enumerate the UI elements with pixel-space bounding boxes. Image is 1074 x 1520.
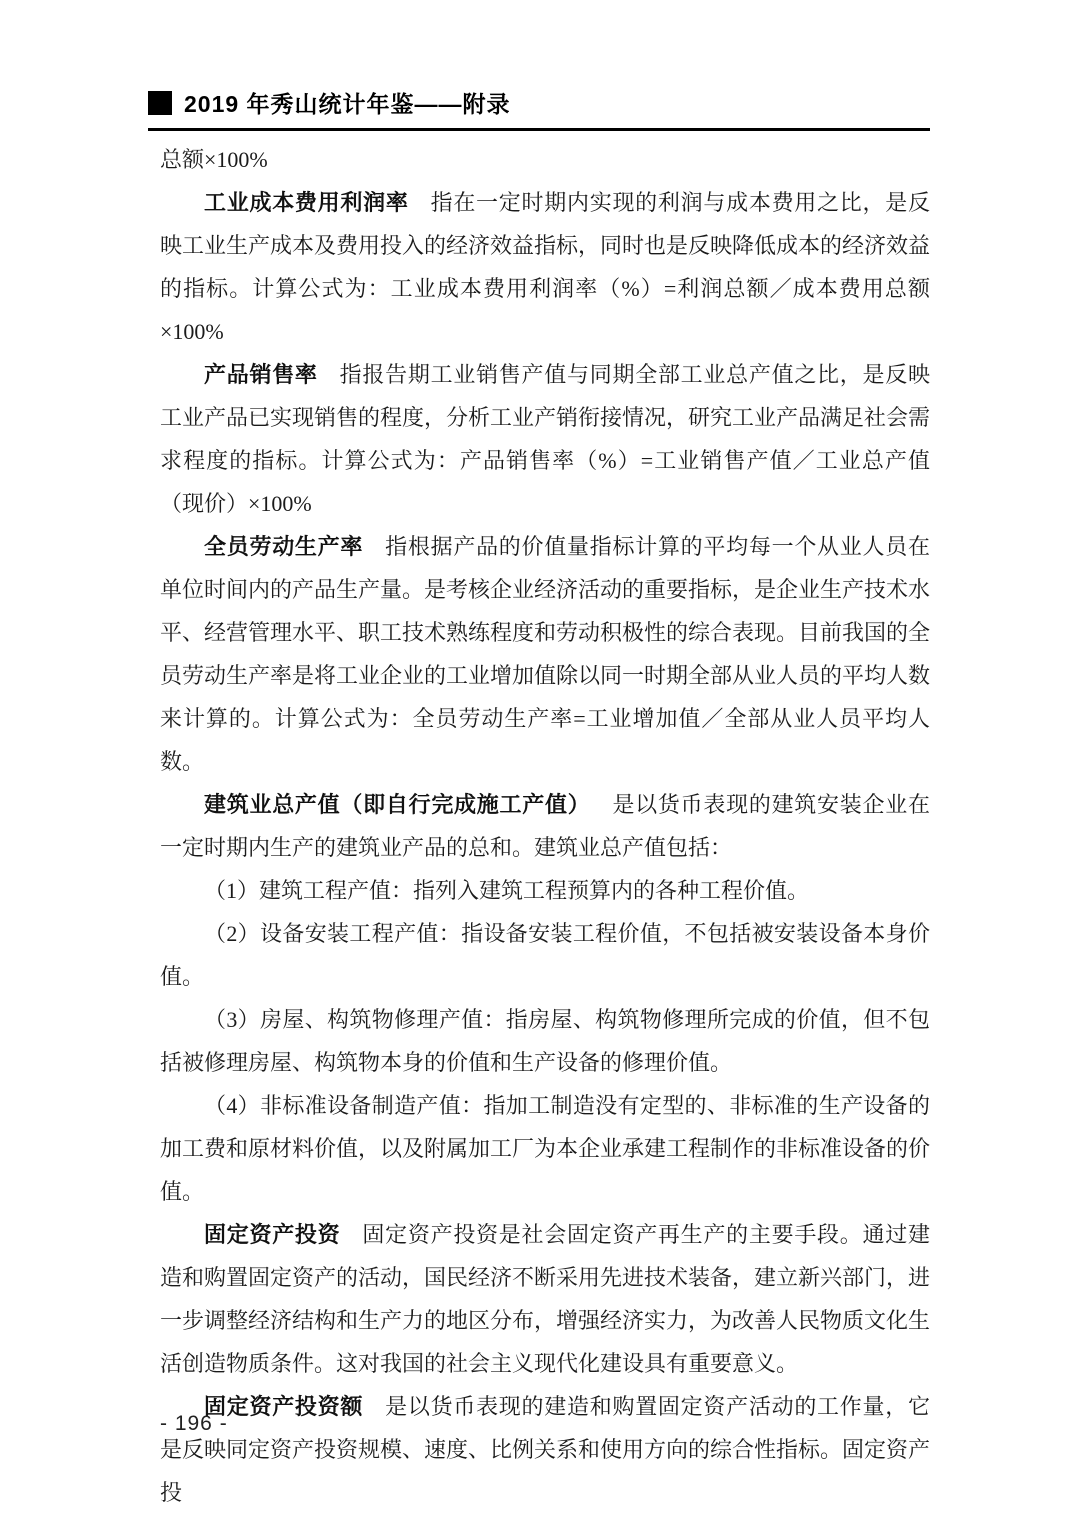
paragraph-labor-productivity: 全员劳动生产率指根据产品的价值量指标计算的平均每一个从业人员在单位时间内的产品生… [160,525,930,783]
paragraph-industrial-cost-profit-rate: 工业成本费用利润率指在一定时期内实现的利润与成本费用之比，是反映工业生产成本及费… [160,181,930,353]
paragraph-fixed-asset-investment: 固定资产投资固定资产投资是社会固定资产再生产的主要手段。通过建造和购置固定资产的… [160,1213,930,1385]
page-number: - 196 - [160,1412,228,1435]
term-label: 产品销售率 [204,362,318,387]
header-square-icon [148,91,172,115]
list-item-1: （1）建筑工程产值：指列入建筑工程预算内的各种工程价值。 [160,869,930,912]
term-label: 建筑业总产值（即自行完成施工产值） [204,792,590,817]
list-item-3: （3）房屋、构筑物修理产值：指房屋、构筑物修理所完成的价值，但不包括被修理房屋、… [160,998,930,1084]
list-item-4: （4）非标准设备制造产值：指加工制造没有定型的、非标准的生产设备的加工费和原材料… [160,1084,930,1213]
paragraph-continuation: 总额×100% [160,138,930,181]
page-header: 2019 年秀山统计年鉴——附录 [148,86,930,131]
term-label: 固定资产投资额 [204,1394,363,1419]
document-page-root: { "header": { "title": "2019 年秀山统计年鉴——附录… [0,0,1074,1520]
document-body: 总额×100% 工业成本费用利润率指在一定时期内实现的利润与成本费用之比，是反映… [160,138,930,1514]
paragraph-product-sales-rate: 产品销售率指报告期工业销售产值与同期全部工业总产值之比，是反映工业产品已实现销售… [160,353,930,525]
paragraph-text: 指根据产品的价值量指标计算的平均每一个从业人员在单位时间内的产品生产量。是考核企… [160,534,930,774]
term-label: 固定资产投资 [204,1222,340,1247]
paragraph-construction-output: 建筑业总产值（即自行完成施工产值）是以货币表现的建筑安装企业在一定时期内生产的建… [160,783,930,869]
term-label: 工业成本费用利润率 [204,190,409,215]
page-footer: - 196 - [160,1412,228,1436]
paragraph-fixed-asset-investment-amount: 固定资产投资额是以货币表现的建造和购置固定资产活动的工作量，它是反映同定资产投资… [160,1385,930,1514]
list-item-2: （2）设备安装工程产值：指设备安装工程价值，不包括被安装设备本身价值。 [160,912,930,998]
header-title: 2019 年秀山统计年鉴——附录 [184,86,511,119]
term-label: 全员劳动生产率 [204,534,363,559]
yearbook-appendix-page: 2019 年秀山统计年鉴——附录 总额×100% 工业成本费用利润率指在一定时期… [0,0,1074,1520]
